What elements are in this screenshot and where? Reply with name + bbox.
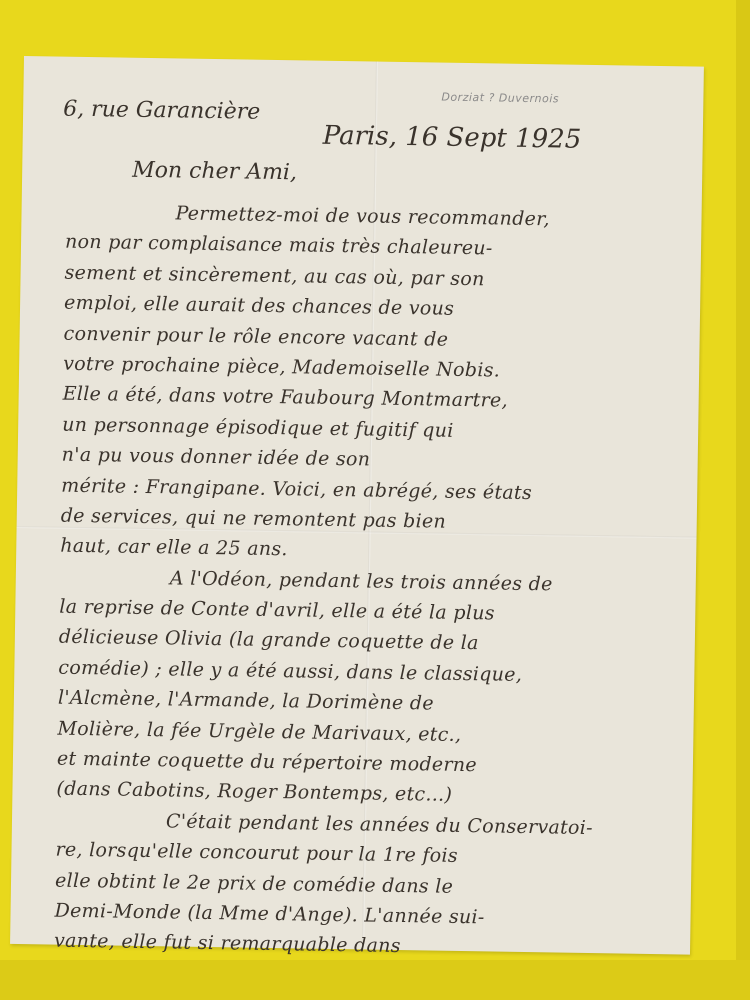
letter-date: Paris, 16 Sept 1925 [323,121,582,155]
background-bottom [0,960,750,1000]
letter-sheet: Dorziat ? Duvernois 6, rue Garancière Pa… [10,56,704,955]
sender-address: 6, rue Garancière [63,97,260,125]
pencil-annotation: Dorziat ? Duvernois [441,91,559,106]
letter-body: Permettez-moi de vous recommander, non p… [54,197,686,966]
salutation: Mon cher Ami, [132,158,297,186]
background-edge [736,0,750,1000]
